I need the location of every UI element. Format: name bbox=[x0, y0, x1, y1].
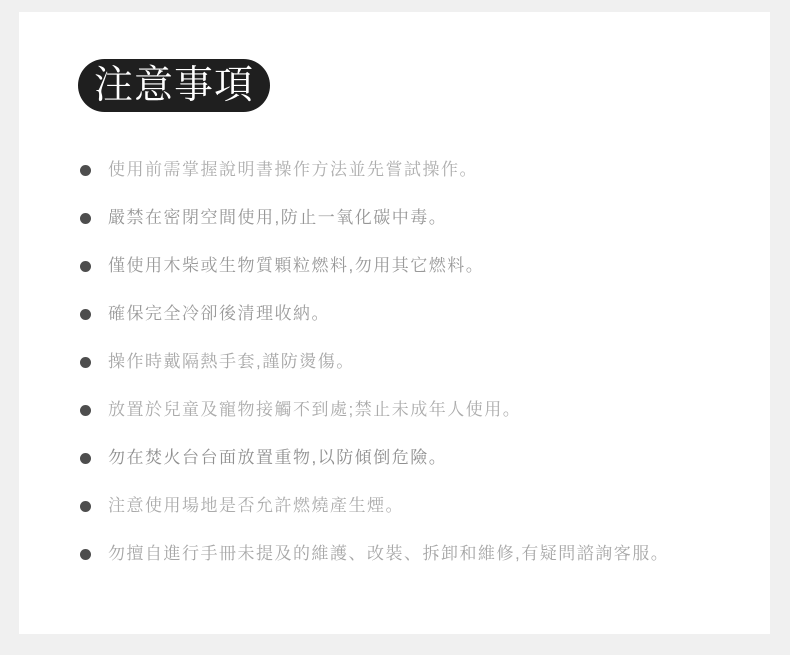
content-panel: 注意事項 使用前需掌握說明書操作方法並先嘗試操作。 嚴禁在密閉空間使用,防止一氧… bbox=[19, 12, 770, 634]
notice-text: 嚴禁在密閉空間使用,防止一氧化碳中毒。 bbox=[108, 208, 447, 228]
section-title-badge: 注意事項 bbox=[78, 59, 270, 112]
list-item: 勿在焚火台台面放置重物,以防傾倒危險。 bbox=[80, 434, 740, 482]
bullet-icon bbox=[80, 501, 91, 512]
notice-text: 注意使用場地是否允許燃燒產生煙。 bbox=[108, 496, 404, 516]
list-item: 使用前需掌握說明書操作方法並先嘗試操作。 bbox=[80, 146, 740, 194]
section-title: 注意事項 bbox=[94, 66, 254, 105]
list-item: 確保完全冷卻後清理收納。 bbox=[80, 290, 740, 338]
bullet-icon bbox=[80, 453, 91, 464]
bullet-icon bbox=[80, 357, 91, 368]
notice-text: 僅使用木柴或生物質顆粒燃料,勿用其它燃料。 bbox=[108, 256, 484, 276]
bullet-icon bbox=[80, 309, 91, 320]
bullet-icon bbox=[80, 165, 91, 176]
notice-text: 放置於兒童及寵物接觸不到處;禁止未成年人使用。 bbox=[108, 400, 521, 420]
bullet-icon bbox=[80, 261, 91, 272]
notice-text: 勿擅自進行手冊未提及的維護、改裝、拆卸和維修,有疑問諮詢客服。 bbox=[108, 544, 669, 564]
notice-text: 使用前需掌握說明書操作方法並先嘗試操作。 bbox=[108, 160, 478, 180]
bullet-icon bbox=[80, 405, 91, 416]
list-item: 僅使用木柴或生物質顆粒燃料,勿用其它燃料。 bbox=[80, 242, 740, 290]
list-item: 注意使用場地是否允許燃燒產生煙。 bbox=[80, 482, 740, 530]
precautions-list: 使用前需掌握說明書操作方法並先嘗試操作。 嚴禁在密閉空間使用,防止一氧化碳中毒。… bbox=[80, 146, 740, 578]
notice-text: 勿在焚火台台面放置重物,以防傾倒危險。 bbox=[108, 448, 447, 468]
list-item: 嚴禁在密閉空間使用,防止一氧化碳中毒。 bbox=[80, 194, 740, 242]
page-background: { "page": { "background_color": "#f0f0f0… bbox=[0, 0, 790, 655]
bullet-icon bbox=[80, 213, 91, 224]
notice-text: 確保完全冷卻後清理收納。 bbox=[108, 304, 330, 324]
notice-text: 操作時戴隔熱手套,謹防燙傷。 bbox=[108, 352, 355, 372]
bullet-icon bbox=[80, 549, 91, 560]
list-item: 放置於兒童及寵物接觸不到處;禁止未成年人使用。 bbox=[80, 386, 740, 434]
list-item: 操作時戴隔熱手套,謹防燙傷。 bbox=[80, 338, 740, 386]
list-item: 勿擅自進行手冊未提及的維護、改裝、拆卸和維修,有疑問諮詢客服。 bbox=[80, 530, 740, 578]
